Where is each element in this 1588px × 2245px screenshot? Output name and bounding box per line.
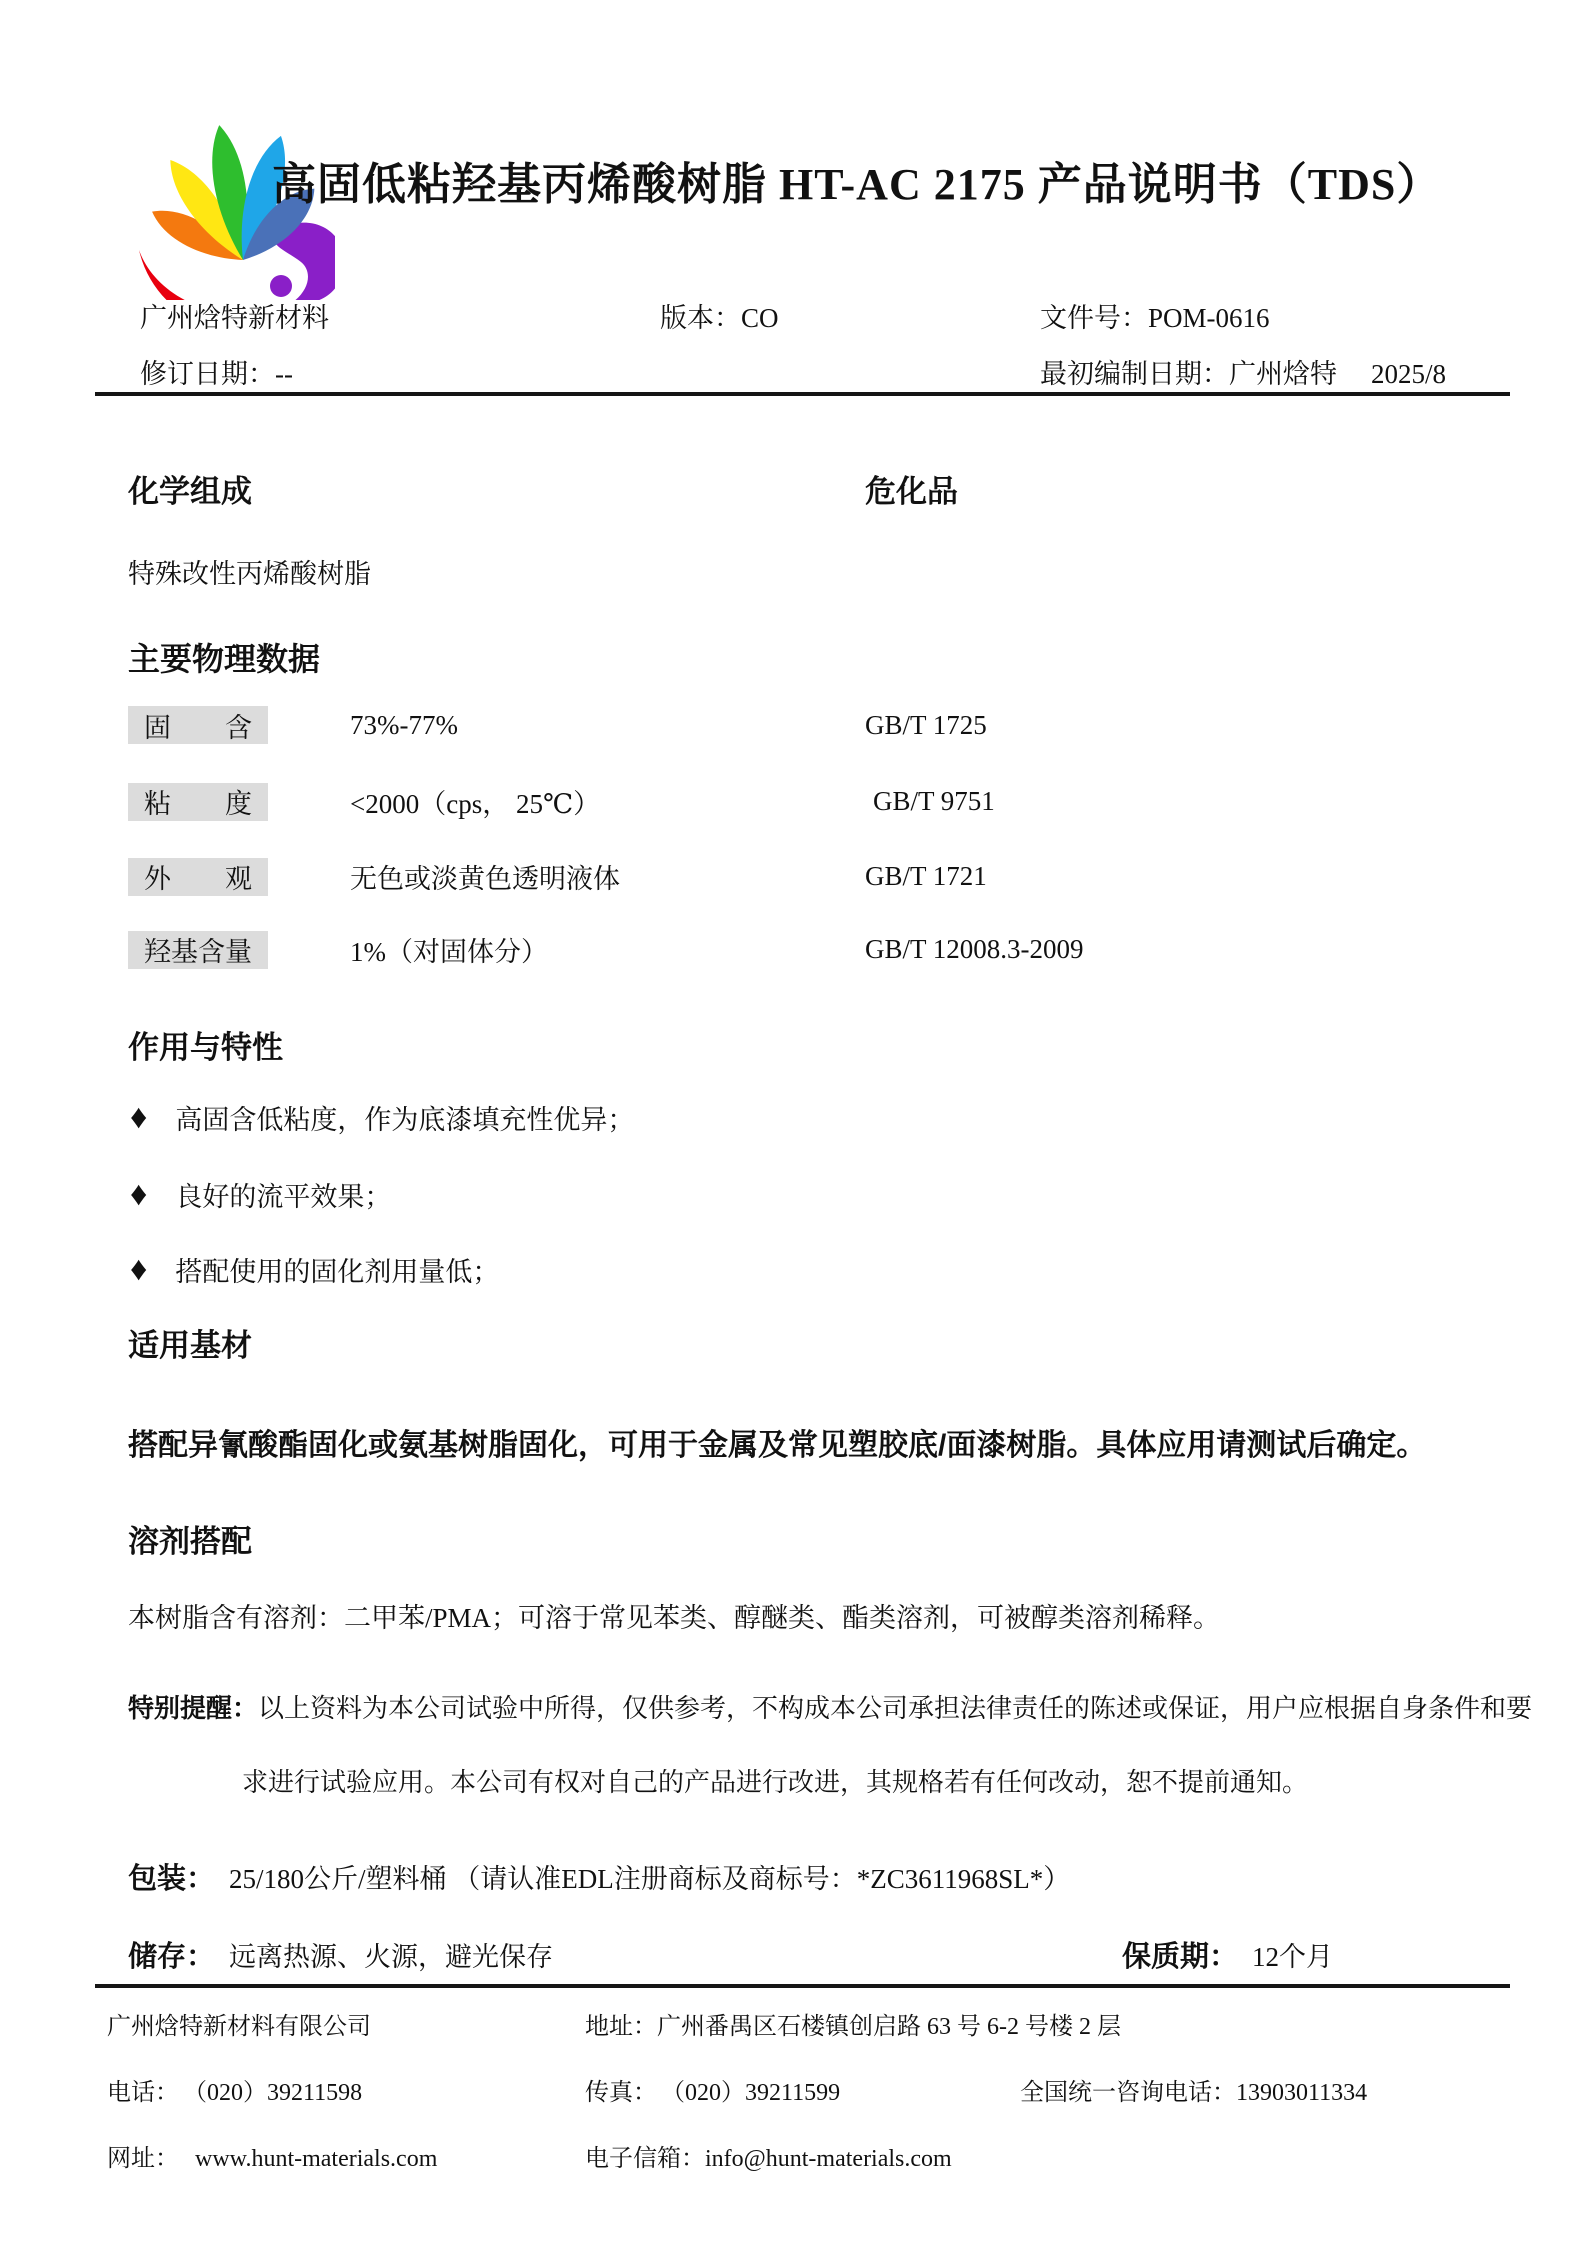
diamond-bullet-icon: ♦ — [130, 1178, 147, 1212]
shelf-life-line: 保质期：12个月 — [1122, 1934, 1333, 1975]
feature-text: 搭配使用的固化剂用量低； — [175, 1250, 499, 1289]
footer-fax-value: （020）39211599 — [673, 2080, 840, 2106]
substrates-text: 搭配异氰酸酯固化或氨基树脂固化，可用于金属及常见塑胶底/面漆树脂。具体应用请测试… — [128, 1420, 1426, 1464]
footer-fax: 传真：（020）39211599 — [585, 2072, 840, 2107]
feature-item: ♦ 良好的流平效果； — [130, 1175, 391, 1214]
solvents-text: 本树脂含有溶剂：二甲苯/PMA；可溶于常见苯类、醇醚类、酯类溶剂，可被醇类溶剂稀… — [128, 1596, 1220, 1635]
meta-company: 广州焓特新材料 — [140, 296, 329, 335]
logo-purple-dot — [270, 275, 292, 297]
feature-item: ♦ 搭配使用的固化剂用量低； — [130, 1250, 499, 1289]
footer-address-value: 广州番禺区石楼镇创启路 63 号 6-2 号楼 2 层 — [657, 2014, 1121, 2040]
footer-fax-label: 传真： — [585, 2080, 657, 2106]
footer-divider — [95, 1984, 1510, 1988]
tds-document-page: 高固低粘羟基丙烯酸树脂 HT-AC 2175 产品说明书（TDS） 广州焓特新材… — [0, 0, 1588, 2245]
packaging-text: 25/180公斤/塑料桶 （请认准EDL注册商标及商标号：*ZC3611968S… — [229, 1864, 1070, 1894]
section-heading-chemical-composition: 化学组成 — [128, 466, 252, 511]
footer-website-value: www.hunt-materials.com — [195, 2146, 437, 2172]
physical-value-solids: 73%-77% — [350, 710, 780, 741]
footer-phone-value: （020）39211598 — [195, 2080, 362, 2106]
physical-row-viscosity: 粘 度 <2000（cps， 25℃） GB/T 9751 — [128, 782, 1508, 821]
physical-label-viscosity: 粘 度 — [128, 783, 268, 821]
notice-text-1: 以上资料为本公司试验中所得，仅供参考，不构成本公司承担法律责任的陈述或保证，用户… — [258, 1694, 1532, 1723]
meta-doc-no-label: 文件号： — [1040, 303, 1148, 333]
physical-standard-hydroxyl: GB/T 12008.3-2009 — [865, 934, 1084, 965]
meta-revision: 修订日期：-- — [140, 352, 293, 391]
footer-website-label: 网址： — [107, 2146, 179, 2172]
meta-revision-value: -- — [275, 359, 293, 389]
physical-value-appearance: 无色或淡黄色透明液体 — [350, 857, 780, 896]
physical-row-hydroxyl: 羟基含量 1%（对固体分） GB/T 12008.3-2009 — [128, 930, 1508, 969]
notice-line-2: 求进行试验应用。本公司有权对自己的产品进行改进，其规格若有任何改动，恕不提前通知… — [242, 1762, 1308, 1799]
footer-website: 网址：www.hunt-materials.com — [107, 2138, 437, 2173]
meta-doc-no: 文件号：POM-0616 — [1040, 296, 1270, 335]
footer-email-label: 电子信箱： — [585, 2146, 705, 2172]
section-heading-features: 作用与特性 — [128, 1022, 283, 1067]
feature-text: 良好的流平效果； — [175, 1175, 391, 1214]
footer-hotline-value: 13903011334 — [1236, 2080, 1367, 2106]
footer-address: 地址：广州番禺区石楼镇创启路 63 号 6-2 号楼 2 层 — [585, 2006, 1121, 2041]
meta-first-issued-date: 2025/8 — [1371, 359, 1446, 389]
physical-standard-solids: GB/T 1725 — [865, 710, 987, 741]
page-title: 高固低粘羟基丙烯酸树脂 HT-AC 2175 产品说明书（TDS） — [272, 148, 1441, 212]
meta-version: 版本：CO — [660, 296, 779, 335]
section-heading-hazardous: 危化品 — [865, 466, 958, 511]
section-heading-substrates: 适用基材 — [128, 1320, 252, 1365]
physical-value-hydroxyl: 1%（对固体分） — [350, 930, 780, 969]
physical-row-appearance: 外 观 无色或淡黄色透明液体 GB/T 1721 — [128, 857, 1508, 896]
meta-first-issued: 最初编制日期：广州焓特2025/8 — [1040, 352, 1446, 391]
footer-phone-label: 电话： — [107, 2080, 179, 2106]
feature-item: ♦ 高固含低粘度，作为底漆填充性优异； — [130, 1098, 634, 1137]
chemical-composition-text: 特殊改性丙烯酸树脂 — [128, 552, 371, 591]
meta-doc-no-value: POM-0616 — [1148, 303, 1270, 333]
footer-email: 电子信箱：info@hunt-materials.com — [585, 2138, 952, 2173]
meta-version-value: CO — [741, 303, 779, 333]
footer-email-value: info@hunt-materials.com — [705, 2146, 952, 2172]
shelf-life-label: 保质期： — [1122, 1941, 1238, 1973]
footer-hotline-label: 全国统一咨询电话： — [1020, 2080, 1236, 2106]
meta-revision-label: 修订日期： — [140, 359, 275, 389]
diamond-bullet-icon: ♦ — [130, 1101, 147, 1135]
notice-label: 特别提醒： — [128, 1693, 258, 1723]
footer-company: 广州焓特新材料有限公司 — [107, 2006, 371, 2041]
storage-label: 储存： — [128, 1941, 215, 1973]
physical-standard-appearance: GB/T 1721 — [865, 861, 987, 892]
footer-hotline: 全国统一咨询电话：13903011334 — [1020, 2072, 1367, 2107]
physical-row-solids: 固 含 73%-77% GB/T 1725 — [128, 706, 1508, 744]
physical-label-hydroxyl: 羟基含量 — [128, 931, 268, 969]
section-heading-solvents: 溶剂搭配 — [128, 1516, 252, 1561]
physical-label-solids: 固 含 — [128, 706, 268, 744]
packaging-label: 包装： — [128, 1863, 215, 1895]
storage-line: 储存：远离热源、火源，避光保存 — [128, 1934, 553, 1975]
physical-value-viscosity: <2000（cps， 25℃） — [350, 782, 780, 821]
shelf-life-value: 12个月 — [1252, 1942, 1333, 1972]
meta-first-issued-label: 最初编制日期： — [1040, 359, 1229, 389]
packaging-line: 包装：25/180公斤/塑料桶 （请认准EDL注册商标及商标号：*ZC36119… — [128, 1856, 1070, 1897]
footer-phone: 电话：（020）39211598 — [107, 2072, 362, 2107]
meta-first-issued-by: 广州焓特 — [1229, 359, 1337, 389]
physical-standard-viscosity: GB/T 9751 — [873, 786, 995, 817]
footer-address-label: 地址： — [585, 2014, 657, 2040]
storage-text: 远离热源、火源，避光保存 — [229, 1942, 553, 1972]
meta-version-label: 版本： — [660, 303, 741, 333]
feature-text: 高固含低粘度，作为底漆填充性优异； — [175, 1098, 634, 1137]
diamond-bullet-icon: ♦ — [130, 1253, 147, 1287]
header-divider — [95, 392, 1510, 396]
physical-label-appearance: 外 观 — [128, 858, 268, 896]
notice-line-1: 特别提醒：以上资料为本公司试验中所得，仅供参考，不构成本公司承担法律责任的陈述或… — [128, 1688, 1532, 1725]
section-heading-physical-data: 主要物理数据 — [128, 634, 320, 680]
